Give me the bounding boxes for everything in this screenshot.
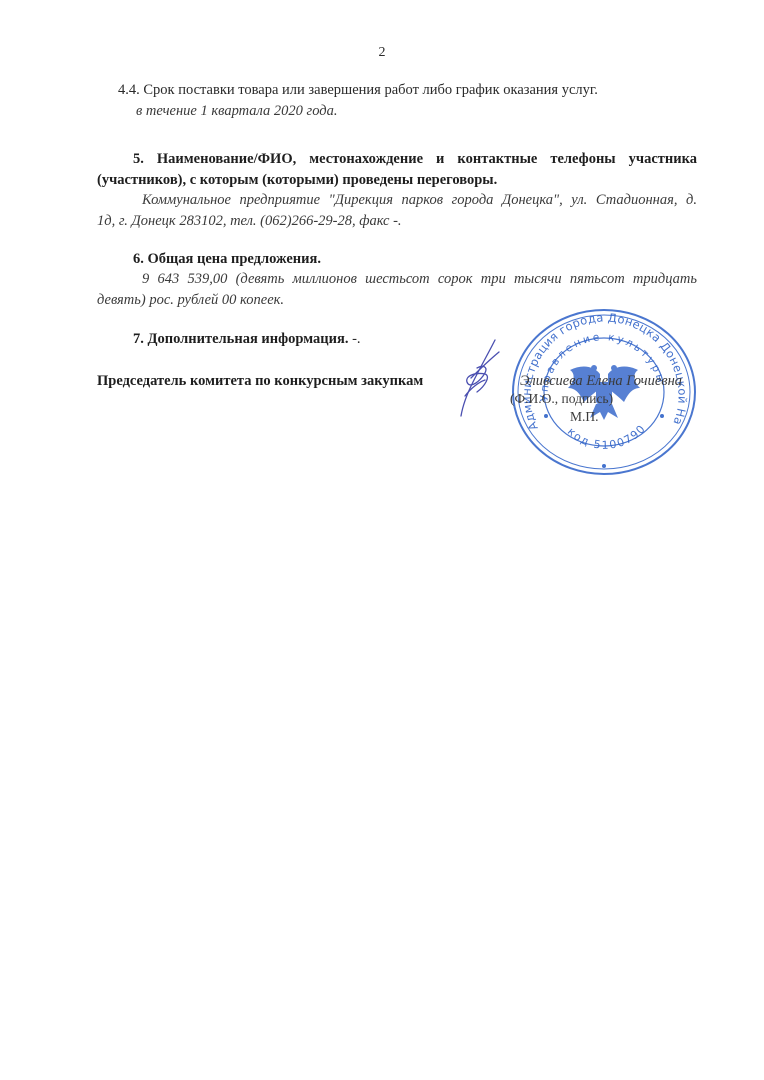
section-7-heading: 7. Дополнительная информация. xyxy=(133,331,348,347)
section-5-value-line1: Коммунальное предприятие "Дирекция парко… xyxy=(142,190,697,210)
section-6-value-line2: девять) рос. рублей 00 копеек. xyxy=(97,290,284,310)
handwritten-signature-icon xyxy=(455,338,505,420)
section-6-value-line1: 9 643 539,00 (девять миллионов шестьсот … xyxy=(142,269,697,289)
seal-label: М.П. xyxy=(570,409,599,425)
section-5-value-line2: 1д, г. Донецк 283102, тел. (062)266-29-2… xyxy=(97,211,402,231)
section-7-value: -. xyxy=(348,331,360,347)
section-5-heading-line1: 5. Наименование/ФИО, местонахождение и к… xyxy=(133,149,697,169)
section-4-4-heading: 4.4. Срок поставки товара или завершения… xyxy=(118,80,598,100)
chairman-position: Председатель комитета по конкурсным заку… xyxy=(97,371,423,391)
section-6-heading: 6. Общая цена предложения. xyxy=(133,249,321,269)
page-number: 2 xyxy=(0,45,764,61)
section-5-heading-line2: (участников), с которым (которыми) прове… xyxy=(97,170,497,190)
chairman-name: Эливсиева Елена Гочиевна xyxy=(520,371,682,391)
name-signature-caption: (Ф.И.О., подпись) xyxy=(510,391,613,407)
section-4-4-value: в течение 1 квартала 2020 года. xyxy=(136,101,337,121)
section-7: 7. Дополнительная информация. -. xyxy=(133,329,361,349)
